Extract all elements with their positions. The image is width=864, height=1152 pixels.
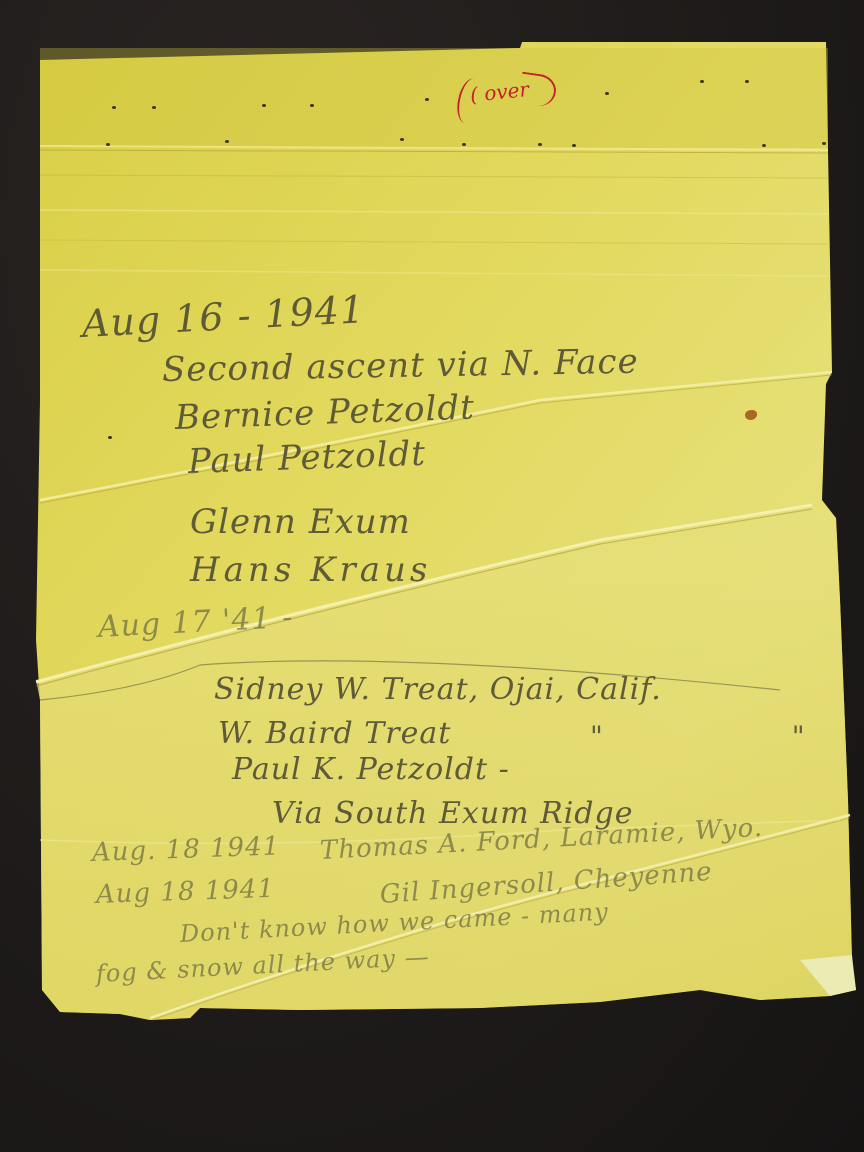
pin-hole [745,80,749,83]
pin-hole [262,104,266,107]
pin-hole [762,144,766,147]
entry-4-date: Aug 18 1941 [95,874,275,910]
entry-1-route: Second ascent via N. Face [162,342,639,390]
pin-hole [152,106,156,109]
pin-hole [106,143,110,146]
pin-hole [462,143,466,146]
pin-hole [108,436,112,439]
pin-hole [822,142,826,145]
entry-1-climber: Hans Kraus [190,550,431,590]
entry-1-climber: Paul Petzoldt [187,434,426,482]
entry-2-climber: Sidney W. Treat, Ojai, Calif. [214,672,662,707]
pin-hole [112,106,116,109]
pin-hole [400,138,404,141]
pin-hole [425,98,429,101]
pin-hole [225,140,229,143]
entry-2-climber: Paul K. Petzoldt - [232,752,510,787]
entry-1-climber: Glenn Exum [190,502,411,542]
pin-hole [538,143,542,146]
pin-hole [310,104,314,107]
pin-hole [572,144,576,147]
entry-2-ditto-marks: " " [590,720,864,753]
pin-hole [605,92,609,95]
document-photo: ( over Aug 16 - 1941 Second ascent via N… [0,0,864,1152]
pin-hole [700,80,704,83]
entry-2-climber: W. Baird Treat [218,716,451,751]
